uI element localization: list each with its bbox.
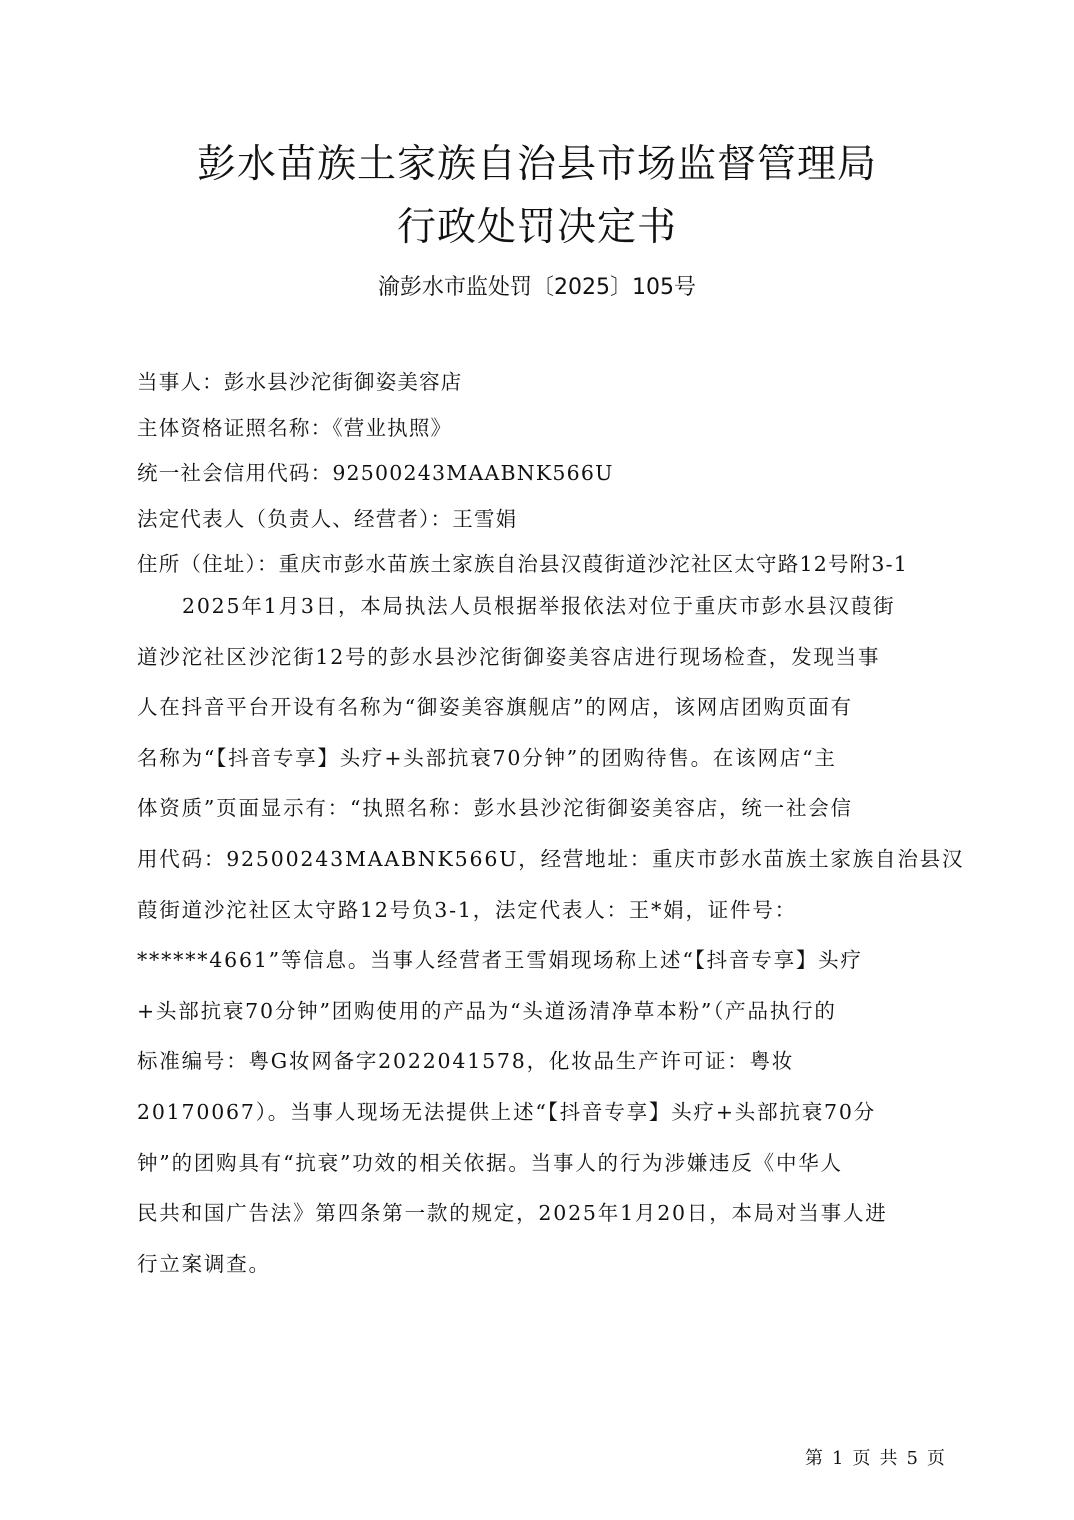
page-number-footer: 第1页共5页 [805,1444,954,1470]
paragraph-line: 20170067）。当事人现场无法提供上述“【抖音专享】头疗+头部抗衰70分 [137,1096,947,1147]
page-suffix: 页 [927,1448,946,1469]
paragraph-line: +头部抗衰70分钟”团购使用的产品为“头道汤清净草本粉”（产品执行的 [137,995,947,1046]
paragraph-line: 名称为“【抖音专享】头疗+头部抗衰70分钟”的团购待售。在该网店“主 [137,742,947,793]
paragraph-line: 用代码：92500243MAABNK566U，经营地址：重庆市彭水苗族土家族自治… [137,843,947,894]
party-name-line: 当事人：彭水县沙沱街御姿美容店 [137,366,1037,412]
address-label: 住所（住址）： [137,552,279,576]
paragraph-line: 体资质”页面显示有：“执照名称：彭水县沙沱街御姿美容店，统一社会信 [137,792,947,843]
party-name-label: 当事人： [137,370,224,394]
issuing-authority-title: 彭水苗族土家族自治县市场监督管理局 [0,133,1074,189]
paragraph-line: 道沙沱社区沙沱街12号的彭水县沙沱街御姿美容店进行现场检查，发现当事 [137,641,947,692]
paragraph-line: 钟”的团购具有“抗衰”功效的相关依据。当事人的行为涉嫌违反《中华人 [137,1147,947,1198]
legal-representative-value: 王雪娟 [452,507,517,531]
current-page-number: 1 [832,1448,844,1469]
party-info-section: 当事人：彭水县沙沱街御姿美容店 主体资格证照名称：《营业执照》 统一社会信用代码… [137,366,1037,594]
document-type-title: 行政处罚决定书 [0,196,1074,252]
document-page: 彭水苗族土家族自治县市场监督管理局 行政处罚决定书 渝彭水市监处罚〔2025〕1… [0,0,1074,1520]
paragraph-line: 行立案调查。 [137,1248,947,1299]
page-mid: 页 [852,1448,871,1469]
paragraph-line: 民共和国广告法》第四条第一款的规定，2025年1月20日，本局对当事人进 [137,1197,947,1248]
party-name-value: 彭水县沙沱街御姿美容店 [224,370,463,394]
credit-code-line: 统一社会信用代码：92500243MAABNK566U [137,457,1037,503]
license-type-label: 主体资格证照名称： [137,416,332,440]
total-prefix: 共 [879,1448,898,1469]
credit-code-value: 92500243MAABNK566U [332,461,613,485]
paragraph-line: 2025年1月3日，本局执法人员根据举报依法对位于重庆市彭水县汉葭街 [137,590,947,641]
paragraph-line: 葭街道沙沱社区太守路12号负3-1，法定代表人：王*娟，证件号： [137,894,947,945]
paragraph-line: 标准编号：粤G妆网备字2022041578，化妆品生产许可证：粤妆 [137,1045,947,1096]
page-prefix: 第 [805,1448,824,1469]
address-line: 住所（住址）：重庆市彭水苗族土家族自治县汉葭街道沙沱社区太守路12号附3-1 [137,548,1037,594]
legal-representative-line: 法定代表人（负责人、经营者）：王雪娟 [137,503,1037,549]
paragraph-line: 人在抖音平台开设有名称为“御姿美容旗舰店”的网店，该网店团购页面有 [137,691,947,742]
legal-representative-label: 法定代表人（负责人、经营者）： [137,507,452,531]
case-facts-paragraph: 2025年1月3日，本局执法人员根据举报依法对位于重庆市彭水县汉葭街 道沙沱社区… [137,590,947,1298]
paragraph-line: ******4661”等信息。当事人经营者王雪娟现场称上述“【抖音专享】头疗 [137,944,947,995]
license-type-line: 主体资格证照名称：《营业执照》 [137,412,1037,458]
document-number: 渝彭水市监处罚〔2025〕105号 [0,270,1074,301]
address-value: 重庆市彭水苗族土家族自治县汉葭街道沙沱社区太守路12号附3-1 [279,552,908,576]
license-type-value: 《营业执照》 [332,416,452,440]
credit-code-label: 统一社会信用代码： [137,461,332,485]
total-page-count: 5 [906,1448,918,1469]
